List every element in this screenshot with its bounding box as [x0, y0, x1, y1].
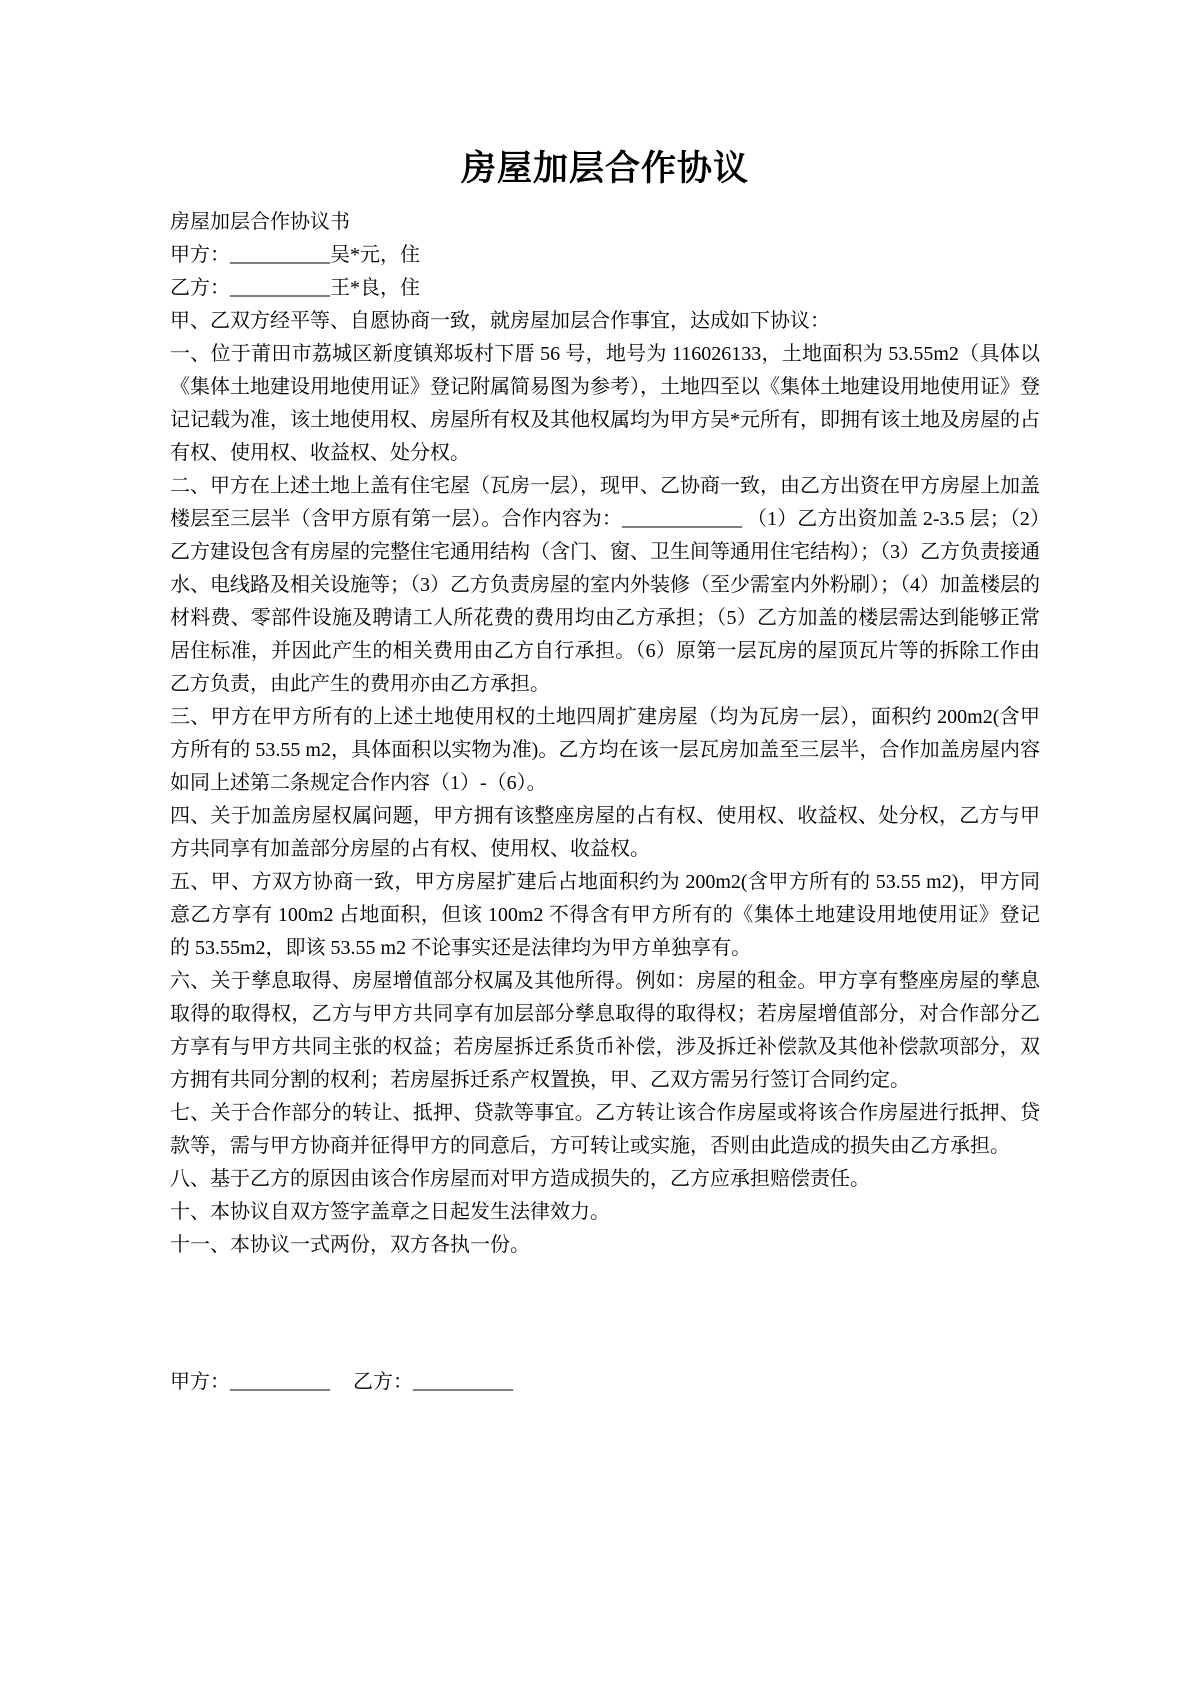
- signature-row: 甲方：__________ 乙方：__________: [170, 1366, 1040, 1399]
- clause-11: 十一、本协议一式两份，双方各执一份。: [170, 1229, 1040, 1262]
- document-subtitle: 房屋加层合作协议书: [170, 206, 1040, 239]
- clause-4: 四、关于加盖房屋权属问题，甲方拥有该整座房屋的占有权、使用权、收益权、处分权，乙…: [170, 800, 1040, 866]
- clause-8: 八、基于乙方的原因由该合作房屋而对甲方造成损失的，乙方应承担赔偿责任。: [170, 1163, 1040, 1196]
- clause-10: 十、本协议自双方签字盖章之日起发生法律效力。: [170, 1196, 1040, 1229]
- party-b-line: 乙方：__________王*良，住: [170, 272, 1040, 305]
- clause-7: 七、关于合作部分的转让、抵押、贷款等事宜。乙方转让该合作房屋或将该合作房屋进行抵…: [170, 1097, 1040, 1163]
- clause-6: 六、关于孳息取得、房屋增值部分权属及其他所得。例如：房屋的租金。甲方享有整座房屋…: [170, 965, 1040, 1097]
- signature-party-b: 乙方：__________: [353, 1371, 513, 1393]
- preamble: 甲、乙双方经平等、自愿协商一致，就房屋加层合作事宜，达成如下协议：: [170, 305, 1040, 338]
- clause-1: 一、位于莆田市荔城区新度镇郑坂村下厝 56 号，地号为 116026133，土地…: [170, 338, 1040, 470]
- clause-3: 三、甲方在甲方所有的上述土地使用权的土地四周扩建房屋（均为瓦房一层），面积约 2…: [170, 701, 1040, 800]
- clause-2: 二、甲方在上述土地上盖有住宅屋（瓦房一层），现甲、乙协商一致，由乙方出资在甲方房…: [170, 470, 1040, 701]
- contract-document: 房屋加层合作协议 房屋加层合作协议书 甲方：__________吴*元，住 乙方…: [0, 0, 1190, 1683]
- document-title: 房屋加层合作协议: [170, 146, 1040, 192]
- clause-5: 五、甲、方双方协商一致，甲方房屋扩建后占地面积约为 200m2(含甲方所有的 5…: [170, 866, 1040, 965]
- party-a-line: 甲方：__________吴*元，住: [170, 239, 1040, 272]
- signature-party-a: 甲方：__________: [170, 1371, 330, 1393]
